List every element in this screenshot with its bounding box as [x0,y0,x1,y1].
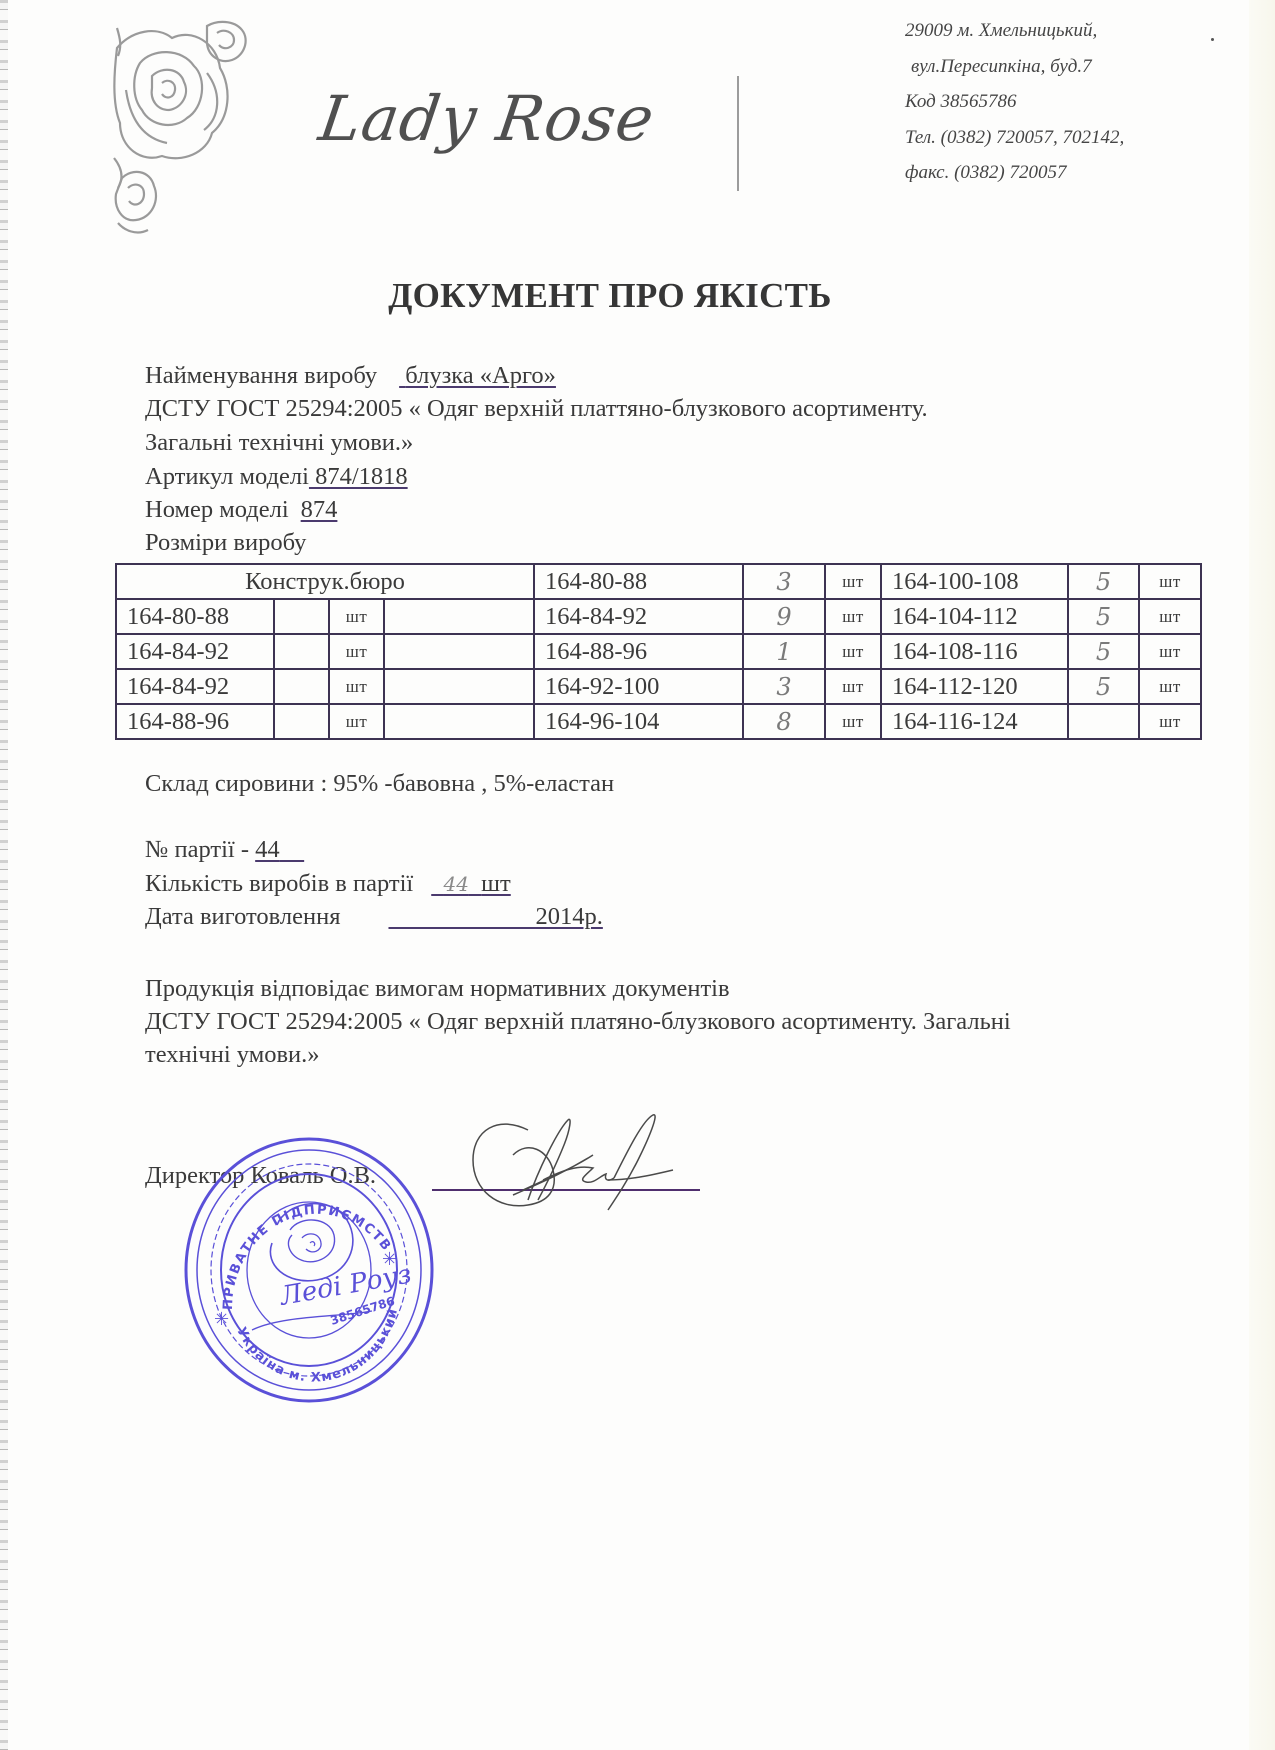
standard-line-2: Загальні технічні умови.» [145,428,413,458]
size-cell: 164-88-96 [534,634,743,669]
size-cell: 164-100-108 [881,564,1068,599]
qty-cell: 3 [743,669,825,704]
unit-cell: шт [1139,669,1201,704]
product-name-label: Найменування виробу [145,362,377,389]
qty-cell: 3 [743,564,825,599]
manufacture-date-row: Дата виготовлення 2014р. [145,902,603,932]
batch-quantity-value: 44 шт [431,870,511,897]
bureau-size-cell: 164-80-88 [116,599,274,634]
bureau-blank-cell [384,704,534,739]
qty-cell [1068,704,1139,739]
unit-cell: шт [1139,634,1201,669]
model-number-value: 874 [301,496,338,523]
company-address: 29009 м. Хмельницький, вул.Пересипкіна, … [905,18,1124,196]
address-line: вул.Пересипкіна, буд.7 [905,54,1124,90]
unit-cell: шт [1139,599,1201,634]
bureau-size-cell: 164-88-96 [116,704,274,739]
table-row: 164-84-92шт164-88-961шт164-108-1165шт [116,634,1201,669]
sizes-table: Конструк.бюро164-80-883шт164-100-1085шт1… [115,563,1202,740]
product-name-row: Найменування виробу блузка «Арго» [145,361,556,391]
brand-logo-text: Lady Rose [311,82,665,182]
unit-cell: шт [329,634,384,669]
company-phone: Тел. (0382) 720057, 702142, [905,125,1124,161]
size-cell: 164-108-116 [881,634,1068,669]
company-code: Код 38565786 [905,89,1124,125]
batch-number-row: № партії - 44 [145,835,304,865]
sizes-label: Розміри виробу [145,528,306,558]
batch-number-label: № партії - [145,836,255,863]
product-name-value: блузка «Арго» [399,362,556,389]
svg-text:✳: ✳ [214,1309,229,1330]
table-row: 164-88-96шт164-96-1048шт164-116-124шт [116,704,1201,739]
rose-illustration-icon [112,18,257,243]
bureau-size-cell: 164-84-92 [116,634,274,669]
unit-cell: шт [329,669,384,704]
unit-cell: шт [329,599,384,634]
bureau-blank-cell [384,634,534,669]
unit-cell: шт [1139,564,1201,599]
batch-number-value: 44 [255,836,304,863]
address-line: 29009 м. Хмельницький, [905,18,1124,54]
size-cell: 164-104-112 [881,599,1068,634]
unit-cell: шт [329,704,384,739]
size-cell: 164-84-92 [534,599,743,634]
unit-cell: шт [1139,704,1201,739]
document-title: ДОКУМЕНТ ПРО ЯКІСТЬ [0,276,1220,316]
svg-text:Україна м. Хмельницький: Україна м. Хмельницький [233,1307,401,1386]
qty-cell: 5 [1068,599,1139,634]
bureau-qty-cell [274,634,329,669]
scan-edge-right [1249,0,1275,1750]
unit-cell: шт [825,669,881,704]
company-fax: факс. (0382) 720057 [905,160,1124,196]
size-cell: 164-112-120 [881,669,1068,704]
conformity-line-1: Продукція відповідає вимогам нормативних… [145,974,730,1004]
bureau-qty-cell [274,599,329,634]
unit-cell: шт [825,599,881,634]
header-divider [737,76,739,191]
qty-cell: 8 [743,704,825,739]
unit-cell: шт [825,634,881,669]
composition: Склад сировини : 95% -бавовна , 5%-еласт… [145,769,614,799]
size-cell: 164-116-124 [881,704,1068,739]
model-number-row: Номер моделі874 [145,495,337,525]
size-cell: 164-80-88 [534,564,743,599]
bureau-blank-cell [384,599,534,634]
size-cell: 164-92-100 [534,669,743,704]
handwritten-signature-icon [468,1110,678,1215]
batch-quantity-label: Кількість виробів в партії [145,870,413,897]
table-row: 164-80-88шт164-84-929шт164-104-1125шт [116,599,1201,634]
standard-line-1: ДСТУ ГОСТ 25294:2005 « Одяг верхній плат… [145,394,928,424]
table-row: 164-84-92шт164-92-1003шт164-112-1205шт [116,669,1201,704]
bureau-size-cell: 164-84-92 [116,669,274,704]
qty-cell: 5 [1068,634,1139,669]
qty-cell: 5 [1068,564,1139,599]
manufacture-date-label: Дата виготовлення [145,903,340,930]
table-row: Конструк.бюро164-80-883шт164-100-1085шт [116,564,1201,599]
scan-speck [1211,38,1214,41]
conformity-line-2: ДСТУ ГОСТ 25294:2005 « Одяг верхній плат… [145,1007,1011,1037]
bureau-header: Конструк.бюро [116,564,534,599]
qty-cell: 9 [743,599,825,634]
qty-cell: 5 [1068,669,1139,704]
article-value: 874/1818 [309,463,408,490]
conformity-line-3: технічні умови.» [145,1040,320,1070]
article-label: Артикул моделі [145,463,309,490]
bureau-blank-cell [384,669,534,704]
manufacture-date-value: 2014р. [388,903,602,930]
batch-quantity-row: Кількість виробів в партії 44 шт [145,869,511,899]
scan-edge-left [0,0,8,1750]
bureau-qty-cell [274,669,329,704]
qty-cell: 1 [743,634,825,669]
size-cell: 164-96-104 [534,704,743,739]
model-number-label: Номер моделі [145,496,289,523]
article-row: Артикул моделі 874/1818 [145,462,408,492]
bureau-qty-cell [274,704,329,739]
company-stamp: ПРИВАТНЕ ПІДПРИЄМСТВО Україна м. Хмельни… [182,1135,437,1405]
unit-cell: шт [825,704,881,739]
unit-cell: шт [825,564,881,599]
